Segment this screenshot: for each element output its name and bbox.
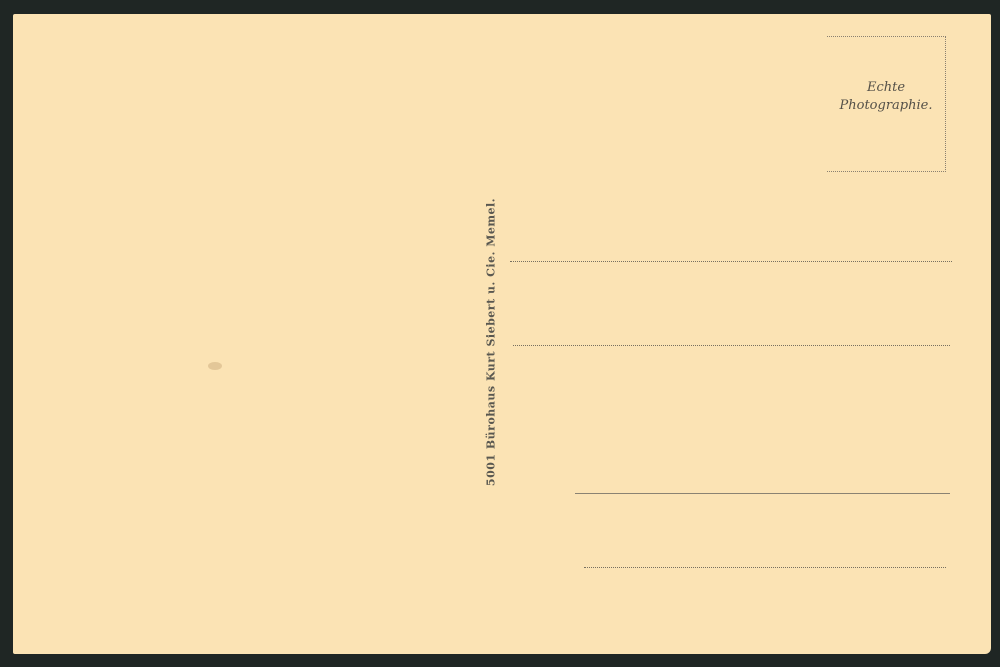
address-line-3 <box>575 493 950 494</box>
publisher-imprint: 5001 Bürohaus Kurt Siebert u. Cie. Memel… <box>485 198 498 486</box>
paper-stain <box>208 362 222 370</box>
address-line-2 <box>513 345 950 346</box>
stamp-box: Echte Photographie. <box>827 36 946 172</box>
stamp-box-text: Echte Photographie. <box>827 79 945 115</box>
address-line-4 <box>584 567 946 568</box>
address-line-1 <box>510 261 952 262</box>
